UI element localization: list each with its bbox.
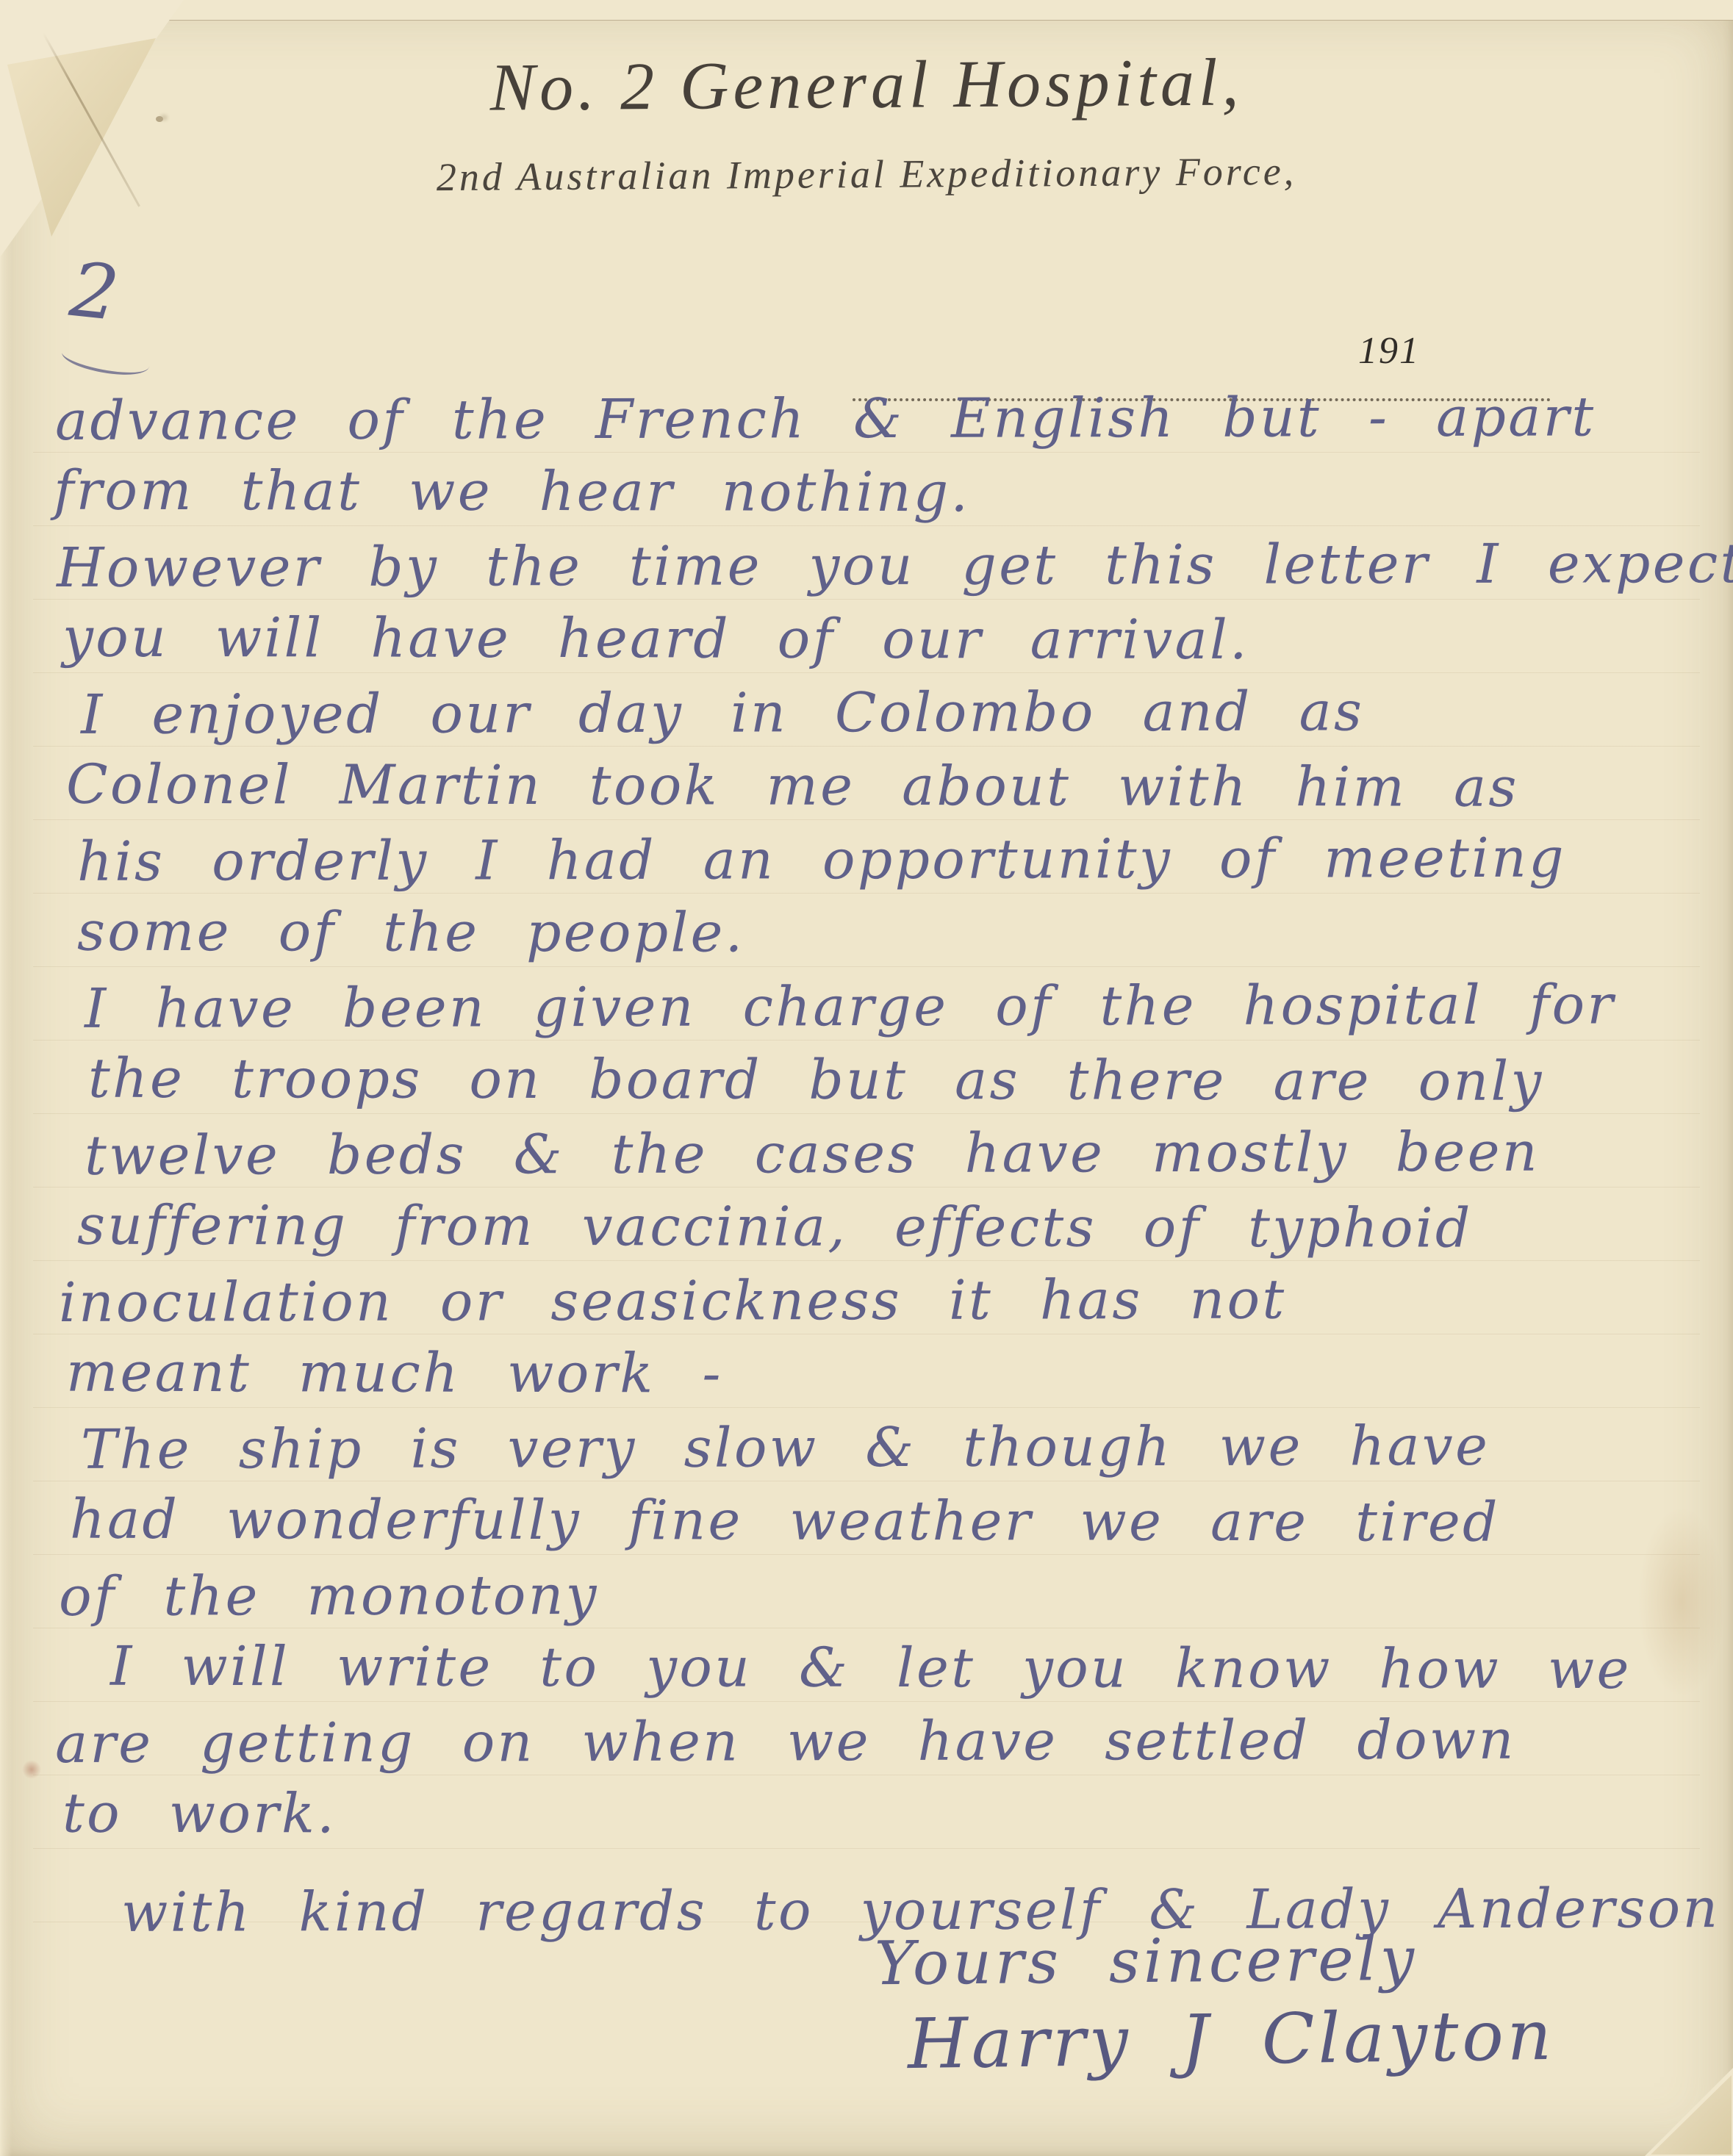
paper-top-edge — [0, 0, 1733, 21]
body-line: I will write to you & let you know how w… — [110, 1630, 1712, 1707]
letter-body: advance of the French & English but - ap… — [48, 382, 1712, 1947]
body-line: advance of the French & English but - ap… — [55, 380, 1712, 458]
body-line: from that we hear nothing. — [54, 454, 1712, 531]
body-line: you will have heard of our arrival. — [62, 601, 1712, 678]
valediction: Yours sincerely — [875, 1925, 1418, 1999]
body-line: meant much work - — [66, 1336, 1712, 1413]
body-line: to work. — [62, 1777, 1712, 1854]
body-line: However by the time you get this letter … — [57, 527, 1712, 605]
body-line: his orderly I had an opportunity of meet… — [77, 821, 1712, 899]
letter-scan-page: { "letterhead": { "line1": "No. 2 Genera… — [0, 0, 1733, 2156]
page-number: 2 — [66, 246, 123, 338]
body-line: some of the people. — [77, 895, 1712, 972]
paper-left-edge — [0, 0, 12, 2156]
body-line: suffering from vaccinia, effects of typh… — [77, 1189, 1712, 1266]
page-number-underline — [60, 335, 152, 384]
printed-date-year-prefix: 191 — [1358, 329, 1420, 373]
body-line: of the monotony — [59, 1556, 1712, 1634]
body-line: twelve beds & the cases have mostly been — [85, 1115, 1712, 1193]
paper-spot — [22, 1760, 41, 1779]
body-line: the troops on board but as there are onl… — [88, 1042, 1712, 1119]
letterhead-force-name: 2nd Australian Imperial Expeditionary Fo… — [0, 145, 1733, 203]
signature: Harry J Clayton — [907, 1996, 1555, 2085]
body-line: are getting on when we have settled down — [55, 1703, 1712, 1781]
letterhead: No. 2 General Hospital, 2nd Australian I… — [0, 46, 1733, 197]
letter-paper: No. 2 General Hospital, 2nd Australian I… — [0, 0, 1733, 2156]
body-line: The ship is very slow & though we have — [81, 1409, 1712, 1487]
body-line: I enjoyed our day in Colombo and as — [81, 674, 1712, 752]
letterhead-hospital-name: No. 2 General Hospital, — [0, 40, 1733, 129]
body-line: I have been given charge of the hospital… — [85, 968, 1712, 1046]
body-line: inoculation or seasickness it has not — [59, 1262, 1712, 1340]
body-line: had wonderfully fine weather we are tire… — [70, 1483, 1712, 1560]
body-line: Colonel Martin took me about with him as — [66, 748, 1712, 825]
